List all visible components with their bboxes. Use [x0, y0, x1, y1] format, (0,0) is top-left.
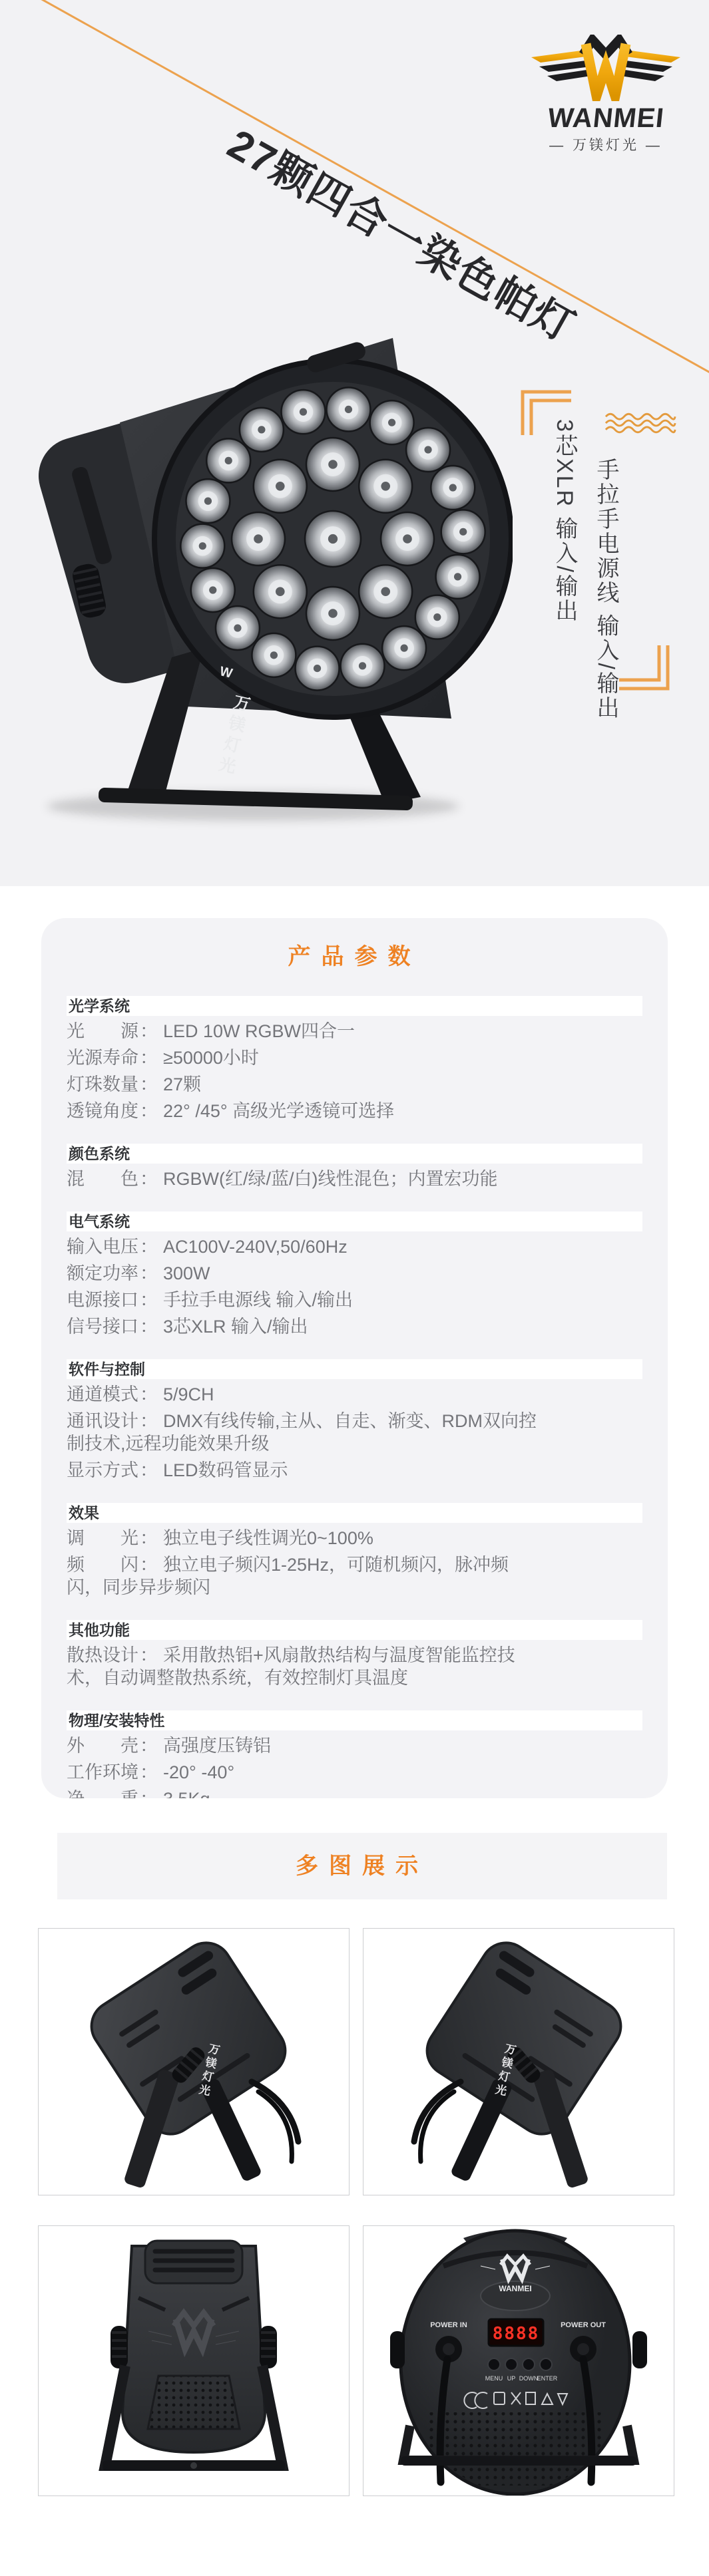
specs-card: 产品参数 光学系统光 源：LED 10W RGBW四合一光源寿命：≥50000小…	[41, 918, 668, 1798]
product-photo-main	[20, 299, 513, 832]
spec-label: 散热设计	[67, 1644, 140, 1667]
spec-value: 3.5Kg	[163, 1789, 210, 1798]
spec-separator: ：	[140, 1789, 158, 1798]
spec-section-5: 其他功能散热设计：采用散热铝+风扇散热结构与温度智能监控技术，自动调整散热系统，…	[67, 1620, 642, 1689]
spec-label: 灯珠数量	[67, 1073, 140, 1096]
annotation-power: 手拉手电源线 输入/输出	[590, 458, 622, 721]
spec-row: 灯珠数量：27颗	[67, 1073, 543, 1096]
spec-value: 300W	[163, 1263, 210, 1283]
wanmei-wings-icon	[525, 35, 687, 101]
brand-name: WANMEI	[547, 104, 666, 132]
spec-row: 调 光：独立电子线性调光0~100%	[67, 1527, 543, 1549]
spec-label: 透镜角度	[67, 1100, 140, 1122]
menu-button-label: MENU	[485, 2375, 503, 2382]
spec-row: 光源寿命：≥50000小时	[67, 1046, 543, 1069]
spec-row: 混 色：RGBW(红/绿/蓝/白)线性混色；内置宏功能	[67, 1168, 543, 1190]
section-title: 软件与控制	[67, 1359, 642, 1379]
section-title: 颜色系统	[67, 1144, 642, 1164]
spec-row: 透镜角度：22° /45° 高级光学透镜可选择	[67, 1100, 543, 1122]
spec-value: LED 10W RGBW四合一	[163, 1021, 355, 1041]
power-in-label: POWER IN	[430, 2321, 467, 2329]
photo-side-left	[38, 1928, 350, 2195]
spec-separator: ：	[140, 1290, 158, 1310]
spec-value: 3芯XLR 输入/输出	[163, 1317, 308, 1337]
photo-top-view	[38, 2225, 350, 2496]
hero-section: 27颗四合一染色帕灯 WA	[0, 0, 709, 886]
spec-value: ≥50000小时	[163, 1048, 259, 1068]
spec-label: 外 壳	[67, 1734, 140, 1757]
waves-icon	[604, 411, 676, 435]
brand-tagline: — 万镁灯光 —	[525, 134, 687, 154]
spec-section-1: 颜色系统混 色：RGBW(红/绿/蓝/白)线性混色；内置宏功能	[67, 1144, 642, 1190]
gallery-heading: 多图展示	[57, 1833, 667, 1899]
spec-section-4: 效果调 光：独立电子线性调光0~100%频 闪：独立电子频闪1-25Hz，可随机…	[67, 1503, 642, 1599]
spec-row: 散热设计：采用散热铝+风扇散热结构与温度智能监控技术，自动调整散热系统，有效控制…	[67, 1644, 543, 1689]
up-button-label: UP	[507, 2375, 516, 2382]
spec-section-2: 电气系统输入电压：AC100V-240V,50/60Hz额定功率：300W电源接…	[67, 1211, 642, 1338]
section-title: 光学系统	[67, 996, 642, 1016]
spec-separator: ：	[140, 1736, 158, 1756]
spec-label: 光源寿命	[67, 1046, 140, 1069]
spec-separator: ：	[140, 1317, 158, 1337]
spec-label: 调 光	[67, 1527, 140, 1549]
spec-row: 通讯设计：DMX有线传输,主从、自走、渐变、RDM双向控制技术,远程功能效果升级	[67, 1410, 543, 1455]
spec-separator: ：	[140, 1237, 158, 1257]
spec-separator: ：	[140, 1048, 158, 1068]
spec-label: 显示方式	[67, 1459, 140, 1482]
spec-value: LED数码管显示	[163, 1460, 288, 1480]
photo-rear-panel: WANMEI 8888 POWER IN POWER OUT MENU UP D…	[363, 2225, 674, 2496]
gallery-heading-band: 多图展示	[57, 1833, 667, 1899]
spec-label: 信号接口	[67, 1315, 140, 1338]
spec-separator: ：	[140, 1074, 158, 1094]
spec-row: 光 源：LED 10W RGBW四合一	[67, 1020, 543, 1043]
spec-value: -20° -40°	[163, 1762, 234, 1782]
spec-separator: ：	[140, 1762, 158, 1782]
annotation-xlr: 3芯XLR 输入/输出	[549, 419, 581, 623]
corner-bracket-icon	[618, 644, 670, 691]
spec-row: 外 壳：高强度压铸铝	[67, 1734, 543, 1757]
spec-section-0: 光学系统光 源：LED 10W RGBW四合一光源寿命：≥50000小时灯珠数量…	[67, 996, 642, 1122]
spec-label: 混 色	[67, 1168, 140, 1190]
spec-label: 输入电压	[67, 1235, 140, 1258]
spec-separator: ：	[140, 1555, 158, 1575]
spec-label: 额定功率	[67, 1262, 140, 1285]
power-out-label: POWER OUT	[561, 2321, 606, 2329]
spec-value: RGBW(红/绿/蓝/白)线性混色；内置宏功能	[163, 1169, 497, 1189]
spec-section-3: 软件与控制通道模式：5/9CH通讯设计：DMX有线传输,主从、自走、渐变、RDM…	[67, 1359, 642, 1482]
spec-value: AC100V-240V,50/60Hz	[163, 1237, 348, 1257]
section-title: 物理/安装特性	[67, 1710, 642, 1730]
spec-value: 独立电子线性调光0~100%	[163, 1528, 373, 1548]
spec-label: 净 重	[67, 1788, 140, 1798]
spec-label: 通道模式	[67, 1383, 140, 1406]
specs-heading: 产品参数	[41, 938, 668, 971]
rear-logo-text: WANMEI	[499, 2284, 531, 2293]
spec-label: 光 源	[67, 1020, 140, 1043]
spec-row: 输入电压：AC100V-240V,50/60Hz	[67, 1235, 543, 1258]
spec-row: 频 闪：独立电子频闪1-25Hz，可随机频闪，脉冲频闪，同步异步频闪	[67, 1553, 543, 1599]
spec-separator: ：	[140, 1101, 158, 1121]
spec-value: 27颗	[163, 1074, 201, 1094]
section-title: 其他功能	[67, 1620, 642, 1640]
brand-logo: WANMEI — 万镁灯光 —	[525, 35, 687, 149]
photo-side-right	[363, 1928, 674, 2195]
spec-value: 22° /45° 高级光学透镜可选择	[163, 1101, 394, 1121]
rear-display: 8888	[493, 2324, 540, 2344]
spec-label: 频 闪	[67, 1553, 140, 1576]
product-page: 27颗四合一染色帕灯 WA	[0, 0, 709, 2576]
spec-separator: ：	[140, 1384, 158, 1404]
spec-separator: ：	[140, 1645, 158, 1665]
spec-row: 电源接口：手拉手电源线 输入/输出	[67, 1289, 543, 1311]
spec-section-6: 物理/安装特性外 壳：高强度压铸铝工作环境：-20° -40°净 重：3.5Kg…	[67, 1710, 642, 1798]
spec-row: 额定功率：300W	[67, 1262, 543, 1285]
spec-separator: ：	[140, 1411, 158, 1431]
spec-row: 工作环境：-20° -40°	[67, 1761, 543, 1784]
spec-label: 通讯设计	[67, 1410, 140, 1432]
spec-separator: ：	[140, 1263, 158, 1283]
enter-button-label: ENTER	[537, 2375, 558, 2382]
spec-label: 工作环境	[67, 1761, 140, 1784]
spec-separator: ：	[140, 1021, 158, 1041]
spec-separator: ：	[140, 1169, 158, 1189]
spec-row: 显示方式：LED数码管显示	[67, 1459, 543, 1482]
spec-label: 电源接口	[67, 1289, 140, 1311]
down-button-label: DOWN	[519, 2375, 539, 2382]
section-title: 效果	[67, 1503, 642, 1523]
spec-row: 通道模式：5/9CH	[67, 1383, 543, 1406]
spec-row: 净 重：3.5Kg	[67, 1788, 543, 1798]
spec-value: 高强度压铸铝	[163, 1736, 271, 1756]
spec-separator: ：	[140, 1460, 158, 1480]
spec-value: 手拉手电源线 输入/输出	[163, 1290, 353, 1310]
spec-row: 信号接口：3芯XLR 输入/输出	[67, 1315, 543, 1338]
section-title: 电气系统	[67, 1211, 642, 1231]
spec-value: 5/9CH	[163, 1384, 214, 1404]
spec-sections: 光学系统光 源：LED 10W RGBW四合一光源寿命：≥50000小时灯珠数量…	[67, 996, 642, 1798]
spec-separator: ：	[140, 1528, 158, 1548]
